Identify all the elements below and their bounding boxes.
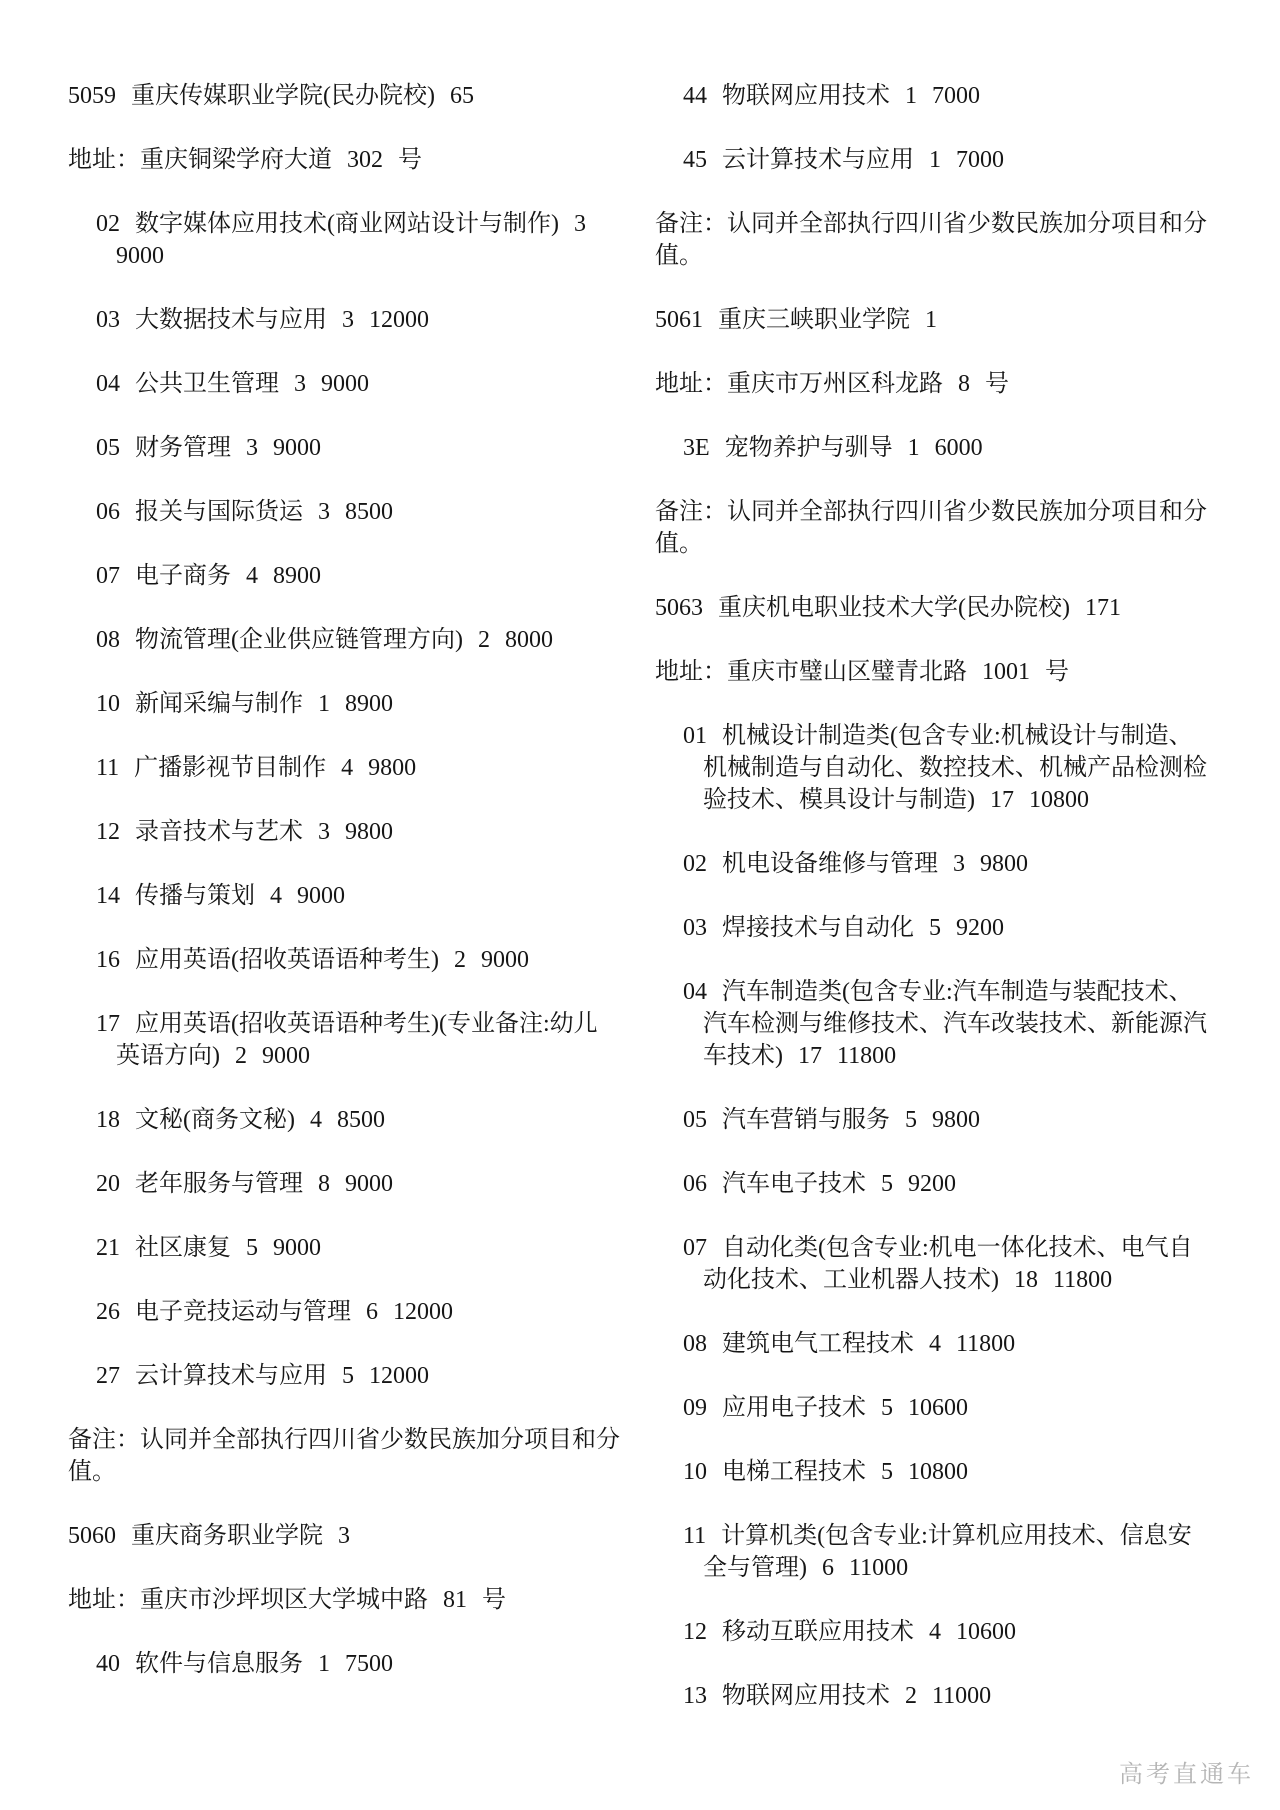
major-line: 12 录音技术与艺术 3 9800 xyxy=(68,816,613,848)
major-entry: 3E 宠物养护与驯导 1 6000 xyxy=(655,432,1200,464)
school-line: 5061 重庆三峡职业学院 1 xyxy=(655,304,1200,336)
address-line: 地址：重庆市璧山区璧青北路 1001 号 xyxy=(655,656,1200,688)
major-entry: 11 计算机类(包含专业:计算机应用技术、信息安全与管理) 6 11000 xyxy=(655,1520,1200,1584)
major-entry: 09 应用电子技术 5 10600 xyxy=(655,1392,1200,1424)
major-line: 机械制造与自动化、数控技术、机械产品检测检 xyxy=(655,752,1200,784)
major-entry: 26 电子竞技运动与管理 6 12000 xyxy=(68,1296,613,1328)
major-line: 18 文秘(商务文秘) 4 8500 xyxy=(68,1104,613,1136)
major-entry: 07 自动化类(包含专业:机电一体化技术、电气自动化技术、工业机器人技术) 18… xyxy=(655,1232,1200,1296)
major-line: 04 公共卫生管理 3 9000 xyxy=(68,368,613,400)
major-entry: 03 焊接技术与自动化 5 9200 xyxy=(655,912,1200,944)
major-line: 9000 xyxy=(68,240,613,272)
major-line: 17 应用英语(招收英语语种考生)(专业备注:幼儿 xyxy=(68,1008,613,1040)
note-line: 值。 xyxy=(655,528,1200,560)
major-entry: 07 电子商务 4 8900 xyxy=(68,560,613,592)
note-entry: 备注：认同并全部执行四川省少数民族加分项目和分值。 xyxy=(655,208,1200,272)
major-line: 45 云计算技术与应用 1 7000 xyxy=(655,144,1200,176)
major-entry: 06 报关与国际货运 3 8500 xyxy=(68,496,613,528)
major-line: 3E 宠物养护与驯导 1 6000 xyxy=(655,432,1200,464)
major-entry: 04 公共卫生管理 3 9000 xyxy=(68,368,613,400)
major-entry: 45 云计算技术与应用 1 7000 xyxy=(655,144,1200,176)
address-line: 地址：重庆市沙坪坝区大学城中路 81 号 xyxy=(68,1584,613,1616)
major-entry: 02 数字媒体应用技术(商业网站设计与制作) 39000 xyxy=(68,208,613,272)
major-line: 验技术、模具设计与制造) 17 10800 xyxy=(655,784,1200,816)
major-entry: 21 社区康复 5 9000 xyxy=(68,1232,613,1264)
major-line: 03 大数据技术与应用 3 12000 xyxy=(68,304,613,336)
major-line: 全与管理) 6 11000 xyxy=(655,1552,1200,1584)
major-entry: 14 传播与策划 4 9000 xyxy=(68,880,613,912)
major-line: 20 老年服务与管理 8 9000 xyxy=(68,1168,613,1200)
major-line: 02 数字媒体应用技术(商业网站设计与制作) 3 xyxy=(68,208,613,240)
major-entry: 02 机电设备维修与管理 3 9800 xyxy=(655,848,1200,880)
address-entry: 地址：重庆铜梁学府大道 302 号 xyxy=(68,144,613,176)
major-entry: 10 电梯工程技术 5 10800 xyxy=(655,1456,1200,1488)
major-line: 动化技术、工业机器人技术) 18 11800 xyxy=(655,1264,1200,1296)
major-entry: 27 云计算技术与应用 5 12000 xyxy=(68,1360,613,1392)
major-line: 04 汽车制造类(包含专业:汽车制造与装配技术、 xyxy=(655,976,1200,1008)
major-line: 10 新闻采编与制作 1 8900 xyxy=(68,688,613,720)
major-line: 11 计算机类(包含专业:计算机应用技术、信息安 xyxy=(655,1520,1200,1552)
major-entry: 44 物联网应用技术 1 7000 xyxy=(655,80,1200,112)
major-entry: 13 物联网应用技术 2 11000 xyxy=(655,1680,1200,1712)
major-entry: 17 应用英语(招收英语语种考生)(专业备注:幼儿英语方向) 2 9000 xyxy=(68,1008,613,1072)
note-line: 备注：认同并全部执行四川省少数民族加分项目和分 xyxy=(655,496,1200,528)
major-line: 10 电梯工程技术 5 10800 xyxy=(655,1456,1200,1488)
major-entry: 08 物流管理(企业供应链管理方向) 2 8000 xyxy=(68,624,613,656)
major-line: 06 汽车电子技术 5 9200 xyxy=(655,1168,1200,1200)
major-line: 02 机电设备维修与管理 3 9800 xyxy=(655,848,1200,880)
major-line: 汽车检测与维修技术、汽车改装技术、新能源汽 xyxy=(655,1008,1200,1040)
major-line: 05 汽车营销与服务 5 9800 xyxy=(655,1104,1200,1136)
major-line: 13 物联网应用技术 2 11000 xyxy=(655,1680,1200,1712)
major-line: 27 云计算技术与应用 5 12000 xyxy=(68,1360,613,1392)
major-line: 11 广播影视节目制作 4 9800 xyxy=(68,752,613,784)
major-entry: 12 移动互联应用技术 4 10600 xyxy=(655,1616,1200,1648)
major-line: 08 建筑电气工程技术 4 11800 xyxy=(655,1328,1200,1360)
major-entry: 01 机械设计制造类(包含专业:机械设计与制造、机械制造与自动化、数控技术、机械… xyxy=(655,720,1200,816)
school-entry: 5061 重庆三峡职业学院 1 xyxy=(655,304,1200,336)
document-page: 5059 重庆传媒职业学院(民办院校) 65地址：重庆铜梁学府大道 302 号0… xyxy=(0,0,1280,1810)
major-line: 16 应用英语(招收英语语种考生) 2 9000 xyxy=(68,944,613,976)
address-line: 地址：重庆铜梁学府大道 302 号 xyxy=(68,144,613,176)
major-line: 08 物流管理(企业供应链管理方向) 2 8000 xyxy=(68,624,613,656)
major-entry: 10 新闻采编与制作 1 8900 xyxy=(68,688,613,720)
major-entry: 08 建筑电气工程技术 4 11800 xyxy=(655,1328,1200,1360)
address-entry: 地址：重庆市万州区科龙路 8 号 xyxy=(655,368,1200,400)
address-line: 地址：重庆市万州区科龙路 8 号 xyxy=(655,368,1200,400)
major-entry: 20 老年服务与管理 8 9000 xyxy=(68,1168,613,1200)
note-line: 备注：认同并全部执行四川省少数民族加分项目和分 xyxy=(68,1424,613,1456)
major-line: 12 移动互联应用技术 4 10600 xyxy=(655,1616,1200,1648)
two-column-text-layout: 5059 重庆传媒职业学院(民办院校) 65地址：重庆铜梁学府大道 302 号0… xyxy=(68,80,1200,1744)
major-line: 09 应用电子技术 5 10600 xyxy=(655,1392,1200,1424)
major-line: 06 报关与国际货运 3 8500 xyxy=(68,496,613,528)
address-entry: 地址：重庆市沙坪坝区大学城中路 81 号 xyxy=(68,1584,613,1616)
major-entry: 03 大数据技术与应用 3 12000 xyxy=(68,304,613,336)
note-line: 备注：认同并全部执行四川省少数民族加分项目和分 xyxy=(655,208,1200,240)
major-line: 英语方向) 2 9000 xyxy=(68,1040,613,1072)
note-line: 值。 xyxy=(68,1456,613,1488)
address-entry: 地址：重庆市璧山区璧青北路 1001 号 xyxy=(655,656,1200,688)
major-entry: 40 软件与信息服务 1 7500 xyxy=(68,1648,613,1680)
left-column: 5059 重庆传媒职业学院(民办院校) 65地址：重庆铜梁学府大道 302 号0… xyxy=(68,80,613,1744)
major-line: 40 软件与信息服务 1 7500 xyxy=(68,1648,613,1680)
major-line: 01 机械设计制造类(包含专业:机械设计与制造、 xyxy=(655,720,1200,752)
major-entry: 04 汽车制造类(包含专业:汽车制造与装配技术、汽车检测与维修技术、汽车改装技术… xyxy=(655,976,1200,1072)
major-line: 05 财务管理 3 9000 xyxy=(68,432,613,464)
major-line: 44 物联网应用技术 1 7000 xyxy=(655,80,1200,112)
watermark: 高考直通车 xyxy=(1119,1762,1254,1788)
major-line: 21 社区康复 5 9000 xyxy=(68,1232,613,1264)
major-entry: 12 录音技术与艺术 3 9800 xyxy=(68,816,613,848)
major-entry: 11 广播影视节目制作 4 9800 xyxy=(68,752,613,784)
note-line: 值。 xyxy=(655,240,1200,272)
major-entry: 18 文秘(商务文秘) 4 8500 xyxy=(68,1104,613,1136)
major-line: 03 焊接技术与自动化 5 9200 xyxy=(655,912,1200,944)
school-line: 5063 重庆机电职业技术大学(民办院校) 171 xyxy=(655,592,1200,624)
school-entry: 5059 重庆传媒职业学院(民办院校) 65 xyxy=(68,80,613,112)
school-line: 5060 重庆商务职业学院 3 xyxy=(68,1520,613,1552)
major-entry: 05 汽车营销与服务 5 9800 xyxy=(655,1104,1200,1136)
school-line: 5059 重庆传媒职业学院(民办院校) 65 xyxy=(68,80,613,112)
note-entry: 备注：认同并全部执行四川省少数民族加分项目和分值。 xyxy=(655,496,1200,560)
major-entry: 05 财务管理 3 9000 xyxy=(68,432,613,464)
major-entry: 16 应用英语(招收英语语种考生) 2 9000 xyxy=(68,944,613,976)
major-line: 车技术) 17 11800 xyxy=(655,1040,1200,1072)
major-line: 26 电子竞技运动与管理 6 12000 xyxy=(68,1296,613,1328)
major-entry: 06 汽车电子技术 5 9200 xyxy=(655,1168,1200,1200)
major-line: 07 自动化类(包含专业:机电一体化技术、电气自 xyxy=(655,1232,1200,1264)
major-line: 07 电子商务 4 8900 xyxy=(68,560,613,592)
school-entry: 5063 重庆机电职业技术大学(民办院校) 171 xyxy=(655,592,1200,624)
note-entry: 备注：认同并全部执行四川省少数民族加分项目和分值。 xyxy=(68,1424,613,1488)
right-column: 44 物联网应用技术 1 700045 云计算技术与应用 1 7000备注：认同… xyxy=(655,80,1200,1744)
school-entry: 5060 重庆商务职业学院 3 xyxy=(68,1520,613,1552)
major-line: 14 传播与策划 4 9000 xyxy=(68,880,613,912)
